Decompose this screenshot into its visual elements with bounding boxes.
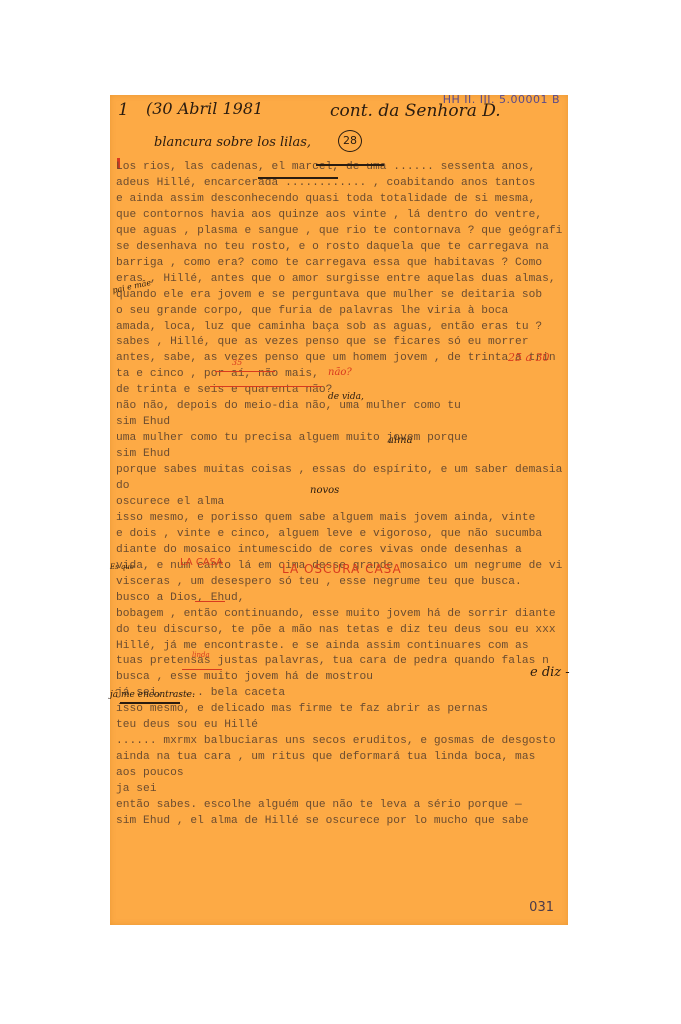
annotation-de-vida: de vida,: [328, 392, 364, 402]
typed-line: sabes , Hillé, que as vezes penso que se…: [116, 336, 529, 348]
typed-line: quando ele era jovem e se perguntava que…: [116, 289, 542, 301]
typed-line: do teu discurso, te põe a mão nas tetas …: [116, 624, 556, 636]
typed-line: bobagem , então continuando, esse muito …: [116, 608, 556, 620]
typed-line: amada, loca, luz que caminha baça sob as…: [116, 321, 542, 333]
typed-line: o seu grande corpo, que furia de palavra…: [116, 305, 508, 317]
typed-line: então sabes. escolhe alguém que não te l…: [116, 799, 522, 811]
annotation-alma: alma: [388, 435, 413, 446]
typed-line: porque sabes muitas coisas , essas do es…: [116, 464, 562, 476]
typed-line: se desenhava no teu rosto, e o rosto daq…: [116, 241, 549, 253]
typed-line: sim Ehud: [116, 448, 170, 460]
typed-line: sim Ehud: [116, 416, 170, 428]
typed-line: e dois , vinte e cinco, alguem leve e vi…: [116, 528, 542, 540]
annotation-la-oscura-casa: LA OSCURA CASA: [282, 562, 402, 576]
typed-line: barriga , como era? como te carregava es…: [116, 257, 542, 269]
typed-line: ainda na tua cara , um ritus que deforma…: [116, 751, 535, 763]
page-mark: 1: [118, 100, 129, 120]
annotation-la-casa: LA CASA: [180, 557, 223, 568]
typed-line: aos poucos: [116, 767, 184, 779]
typed-line: diante do mosaico intumescido de cores v…: [116, 544, 522, 556]
typed-line: antes, sabe, as vezes penso que um homem…: [116, 352, 556, 364]
typed-line: uma mulher como tu precisa alguem muito …: [116, 432, 468, 444]
typed-line: teu deus sou eu Hillé: [116, 719, 258, 731]
typed-line: oscurece el alma: [116, 496, 224, 508]
annotation-es-que: Es que: [110, 563, 134, 571]
annotation-novos: novos: [310, 485, 339, 496]
typed-line: visceras , um desespero só teu , esse ne…: [116, 576, 522, 588]
typed-line: do: [116, 480, 130, 492]
annotation-diz: e diz -: [530, 665, 570, 680]
handwritten-note: cont. da Senhora D.: [330, 101, 501, 121]
typed-line: não não, depois do meio-dia não, uma mul…: [116, 400, 461, 412]
annotation-encontraste: já me encontraste.: [110, 690, 195, 700]
annotation-linda: linda: [192, 651, 210, 659]
typed-line: Hillé, já me encontraste. e se ainda ass…: [116, 640, 529, 652]
typed-line: sim Ehud , el alma de Hillé se oscurece …: [116, 815, 529, 827]
typed-line: ...... mxrmx balbuciaras uns secos erudi…: [116, 735, 556, 747]
typed-line: que contornos havia aos quinze aos vinte…: [116, 209, 542, 221]
annotation-25-a-30: 25 a 30: [508, 351, 550, 364]
red-strikethrough: [215, 371, 275, 372]
annotation-nao: não?: [328, 367, 352, 378]
annotation-35: 35: [232, 358, 242, 367]
scribble-deletion: [258, 171, 338, 179]
typed-line: que aguas , plasma e sangue , que rio te…: [116, 225, 562, 237]
typed-line: busco a Dios, Ehud,: [116, 592, 245, 604]
scribble-deletion: [316, 154, 384, 166]
typed-line: busca , esse muito jovem há de mostrou: [116, 671, 373, 683]
typed-line: e ainda assim desconhecendo quasi toda t…: [116, 193, 535, 205]
page-number: 031: [529, 900, 554, 915]
typed-line: isso mesmo, e delicado mas firme te faz …: [116, 703, 488, 715]
handwritten-subtitle: blancura sobre los lilas,: [154, 135, 311, 150]
red-strikethrough: [182, 669, 222, 670]
red-strikethrough: [195, 601, 225, 602]
manuscript-page: HH II. III. 5.00001 B 1 (30 Abril 1981 c…: [110, 95, 568, 925]
typed-line: tuas pretensas justas palavras, tua cara…: [116, 655, 549, 667]
typed-line: isso mesmo, e porisso quem sabe alguem m…: [116, 512, 535, 524]
handwritten-date: (30 Abril 1981: [146, 99, 263, 118]
circled-number: 28: [338, 130, 362, 152]
typed-line: ja sei: [116, 783, 157, 795]
typed-line: eras , Hillé, antes que o amor surgisse …: [116, 273, 556, 285]
red-strikethrough: [210, 386, 322, 387]
